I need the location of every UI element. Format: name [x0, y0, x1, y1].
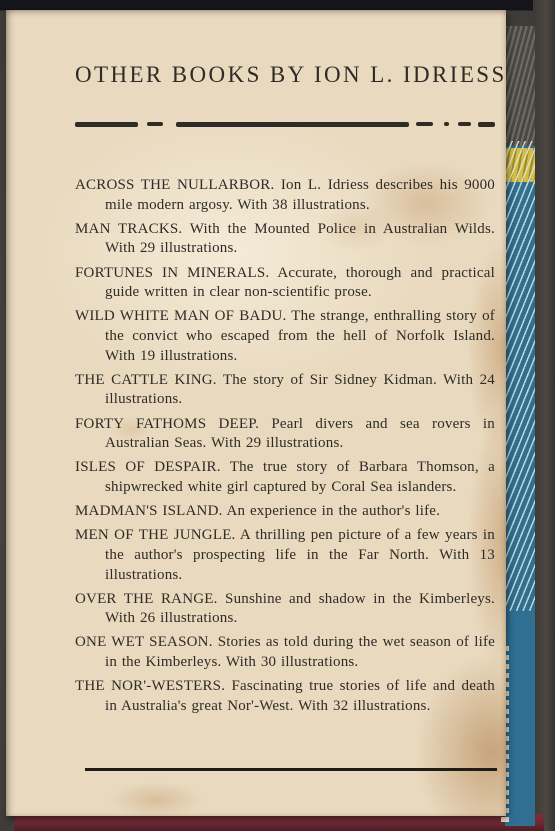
rule-segment: [176, 122, 409, 127]
rule-segment: [458, 122, 471, 126]
book-list-item: FORTUNES IN MINERALS. Accurate, thorough…: [75, 264, 495, 303]
book-list-item: ISLES OF DESPAIR. The true story of Barb…: [75, 458, 495, 497]
book-list-item: MAN TRACKS. With the Mounted Police in A…: [75, 220, 495, 259]
spine-wave-pattern: [505, 141, 535, 611]
book-list-item: ACROSS THE NULLARBOR. Ion L. Idriess des…: [75, 176, 495, 215]
dust-jacket-back-panel: OTHER BOOKS BY ION L. IDRIESS ACROSS THE…: [6, 10, 506, 816]
decorative-rule-top: [75, 121, 495, 127]
spine-cloth-texture: [505, 26, 535, 146]
book-list: ACROSS THE NULLARBOR. Ion L. Idriess des…: [75, 176, 495, 717]
book-list-item: FORTY FATHOMS DEEP. Pearl divers and sea…: [75, 415, 495, 454]
book-list-item: ONE WET SEASON. Stories as told during t…: [75, 633, 495, 672]
book-list-item: THE NOR'-WESTERS. Fascinating true stori…: [75, 677, 495, 716]
book-list-item: MADMAN'S ISLAND. An experience in the au…: [75, 502, 495, 522]
book-cover-spine-strip: [505, 26, 535, 826]
rule-segment: [444, 122, 449, 126]
book-list-item: WILD WHITE MAN OF BADU. The strange, ent…: [75, 307, 495, 366]
photo-of-book-back-cover: OTHER BOOKS BY ION L. IDRIESS ACROSS THE…: [0, 0, 555, 831]
jacket-content: OTHER BOOKS BY ION L. IDRIESS ACROSS THE…: [6, 10, 506, 816]
rule-segment: [478, 122, 495, 127]
book-list-item: THE CATTLE KING. The story of Sir Sidney…: [75, 371, 495, 410]
rule-segment: [416, 122, 434, 126]
book-list-item: MEN OF THE JUNGLE. A thrilling pen pictu…: [75, 526, 495, 585]
book-board-bottom-edge: [14, 814, 544, 831]
book-list-item: OVER THE RANGE. Sunshine and shadow in t…: [75, 590, 495, 629]
photo-background-edge: [533, 0, 555, 831]
rule-segment: [75, 122, 138, 127]
rule-segment: [147, 122, 163, 126]
page-title: OTHER BOOKS BY ION L. IDRIESS: [75, 62, 495, 88]
decorative-rule-bottom: [85, 768, 497, 771]
